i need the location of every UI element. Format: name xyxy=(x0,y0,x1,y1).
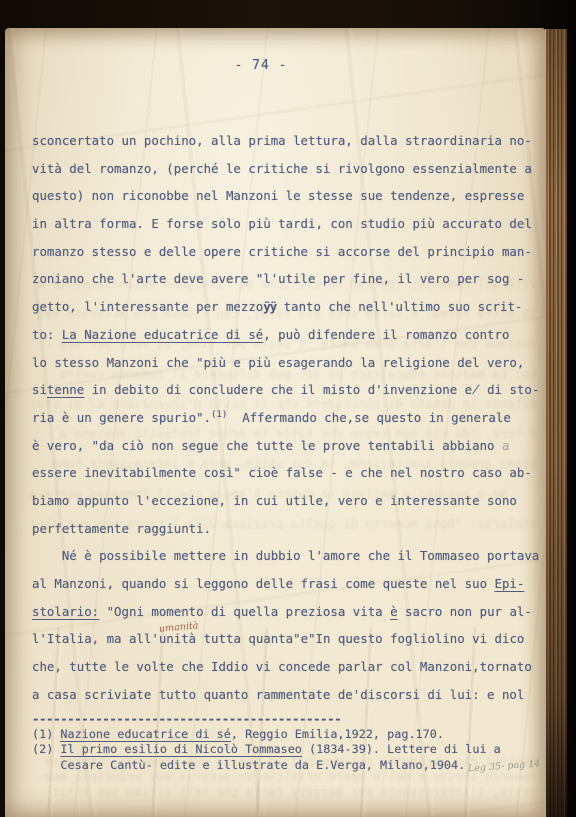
typewritten-line: ria è un genere spurio".(1) Affermando c… xyxy=(32,404,541,432)
typewritten-line: è vero, "da ciò non segue che tutte le p… xyxy=(32,432,541,460)
page-number: - 74 - xyxy=(0,58,531,73)
book-page-edges xyxy=(545,29,567,817)
typewritten-line: che, tutte le volte che Iddio vi concede… xyxy=(32,653,541,681)
typewritten-line: Né è possibile mettere in dubbio l'amore… xyxy=(32,542,541,570)
scanned-book-photo: vità del romanzo, (perché le critiche si… xyxy=(0,0,576,817)
typewritten-line: (2) Il primo esilio di Nicolò Tommaseo (… xyxy=(32,742,541,757)
footnotes: ----------------------------------------… xyxy=(32,710,541,774)
typewritten-line: vità del romanzo, (perché le critiche si… xyxy=(32,155,541,183)
typewritten-line: questo) non riconobbe nel Manzoni le ste… xyxy=(32,182,541,210)
typewritten-line: romanzo stesso e delle opere critiche si… xyxy=(32,238,541,266)
typewritten-line: essere inevitabilmente così" cioè false … xyxy=(32,459,541,487)
typewritten-line: l'Italia, ma all'unitàumanità tutta quan… xyxy=(32,625,541,653)
typewritten-line: to: La Nazione educatrice di sé, può dif… xyxy=(32,321,541,349)
typewritten-line: biamo appunto l'eccezione, in cui utile,… xyxy=(32,487,541,515)
manuscript-page: vità del romanzo, (perché le critiche si… xyxy=(5,28,545,817)
typewritten-line: sitenne in debito di concludere che il m… xyxy=(32,376,541,404)
typewritten-line: Cesare Cantù- edite e illustrate da E.Ve… xyxy=(32,758,541,774)
typewritten-line: sconcertato un pochino, alla prima lettu… xyxy=(32,127,541,155)
typewritten-line: (1) Nazione educatrice di sé, Reggio Emi… xyxy=(32,727,541,742)
handwritten-correction: umanità xyxy=(158,621,198,634)
typewritten-line: in altra forma. E forse solo più tardi, … xyxy=(32,210,541,238)
footnote-lines: (1) Nazione educatrice di sé, Reggio Emi… xyxy=(32,727,541,774)
typewritten-body: sconcertato un pochino, alla prima lettu… xyxy=(32,127,541,708)
typewritten-line: perfettamente raggiunti. xyxy=(32,515,541,543)
typewritten-line: lo stesso Manzoni che "più e più esagera… xyxy=(32,349,541,377)
typewritten-line: stolario: "Ogni momento di quella prezio… xyxy=(32,598,541,626)
footnote-separator: ----------------------------------------… xyxy=(32,710,541,727)
handwritten-margin-note: Leg 35- pag 14 xyxy=(465,756,541,777)
typewritten-line: a casa scriviate tutto quanto rammentate… xyxy=(32,681,541,709)
typewritten-line: getto, l'interessante per mezzoÿÿ tanto … xyxy=(32,293,541,321)
typewritten-line: zoniano che l'arte deve avere "l'utile p… xyxy=(32,265,541,293)
typewritten-line: al Manzoni, quando si leggono delle fras… xyxy=(32,570,541,598)
